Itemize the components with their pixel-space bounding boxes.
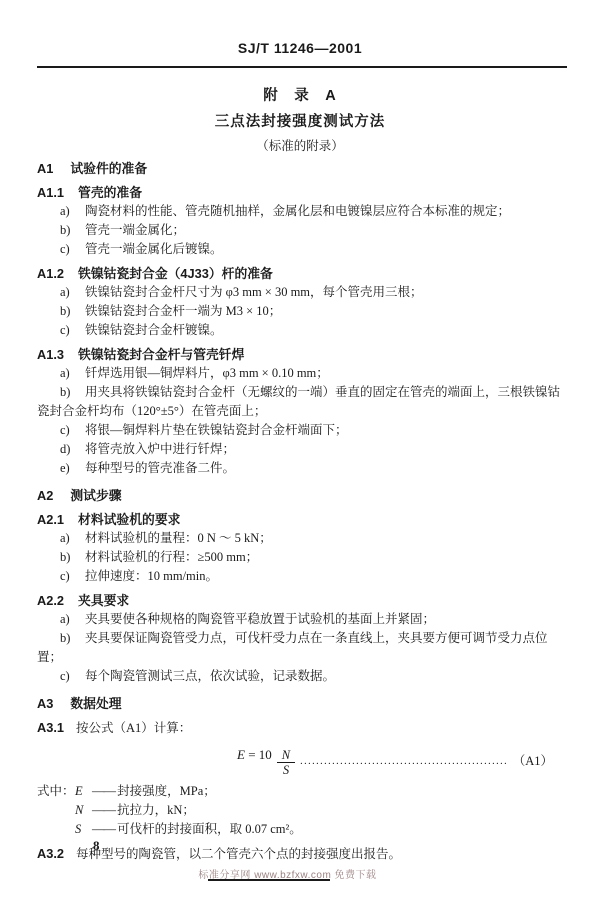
list-item: a)钎焊选用银—铜焊料片，φ3 mm × 0.10 mm； [37, 364, 569, 383]
section-number: A1.2 [37, 266, 64, 281]
list-item: b)夹具要保证陶瓷管受力点，可伐杆受力点在一条直线上，夹具要方便可调节受力点位置… [37, 629, 569, 667]
section-number: A1.3 [37, 347, 64, 362]
page-header: SJ/T 11246—2001 [0, 40, 600, 56]
fraction: NS [277, 748, 295, 777]
list-item: c)管壳一端金属化后镀镍。 [37, 240, 569, 259]
section-heading: A1.2铁镍钴瓷封合金（4J33）杆的准备 [37, 264, 569, 283]
item-text: 材料试验机的行程：≥500 mm； [85, 550, 258, 564]
section-number: A2.1 [37, 512, 64, 527]
dash: —— [92, 822, 117, 836]
list-item: a)材料试验机的量程：0 N ～ 5 kN； [37, 529, 569, 548]
symbol-description: 可伐杆的封接面积，取 0.07 cm²。 [117, 822, 302, 836]
item-text: 夹具要保证陶瓷管受力点，可伐杆受力点在一条直线上，夹具要方便可调节受力点位置； [37, 631, 548, 664]
list-item: c)每个陶瓷管测试三点，依次试验，记录数据。 [37, 667, 569, 686]
where-intro: 式中： [37, 782, 75, 801]
where-line: N—— 抗拉力，kN； [37, 801, 569, 820]
clause-text: 按公式（A1）计算： [76, 721, 191, 735]
symbol: E [75, 782, 92, 801]
section-heading: A2.1材料试验机的要求 [37, 510, 569, 529]
page-number: 8 [93, 838, 100, 854]
section-number: A3 [37, 696, 53, 711]
item-text: 铁镍钴瓷封合金杆一端为 M3 × 10； [85, 304, 281, 318]
item-label: c) [60, 667, 85, 686]
formula: E = 10NS................................… [37, 745, 569, 777]
dash: —— [92, 784, 117, 798]
item-label: a) [60, 364, 85, 383]
list-item: b)管壳一端金属化； [37, 221, 569, 240]
item-label: a) [60, 529, 85, 548]
formula-expression: E = 10NS [237, 745, 295, 777]
item-text: 陶瓷材料的性能、管壳随机抽样，金属化层和电镀镍层应符合本标准的规定； [85, 204, 510, 218]
item-text: 铁镍钴瓷封合金杆尺寸为 φ3 mm × 30 mm，每个管壳用三根； [85, 285, 423, 299]
item-text: 钎焊选用银—铜焊料片，φ3 mm × 0.10 mm； [85, 366, 329, 380]
formula-tag: （A1） [513, 752, 553, 771]
section-heading: A3数据处理 [37, 694, 569, 713]
item-label: d) [60, 440, 85, 459]
list-item: a)夹具要使各种规格的陶瓷管平稳放置于试验机的基面上并紧固； [37, 610, 569, 629]
item-label: a) [60, 610, 85, 629]
symbol-description: 封接强度，MPa； [117, 784, 216, 798]
document-page: SJ/T 11246—2001 附 录 A 三点法封接强度测试方法 （标准的附录… [0, 0, 600, 912]
item-label: b) [60, 221, 85, 240]
section-title: 铁镍钴瓷封合金杆与管壳钎焊 [78, 347, 244, 362]
item-text: 材料试验机的量程：0 N ～ 5 kN； [85, 531, 272, 545]
item-text: 将管壳放入炉中进行钎焊； [85, 442, 235, 456]
item-text: 管壳一端金属化后镀镍。 [85, 242, 223, 256]
section-title: 材料试验机的要求 [78, 512, 180, 527]
list-item: c)拉伸速度：10 mm/min。 [37, 567, 569, 586]
section-heading: A1.3铁镍钴瓷封合金杆与管壳钎焊 [37, 345, 569, 364]
item-text: 铁镍钴瓷封合金杆镀镍。 [85, 323, 223, 337]
section-heading: A2.2夹具要求 [37, 591, 569, 610]
watermark-footer: 标准分享网 www.bzfxw.com 免费下载 [0, 866, 575, 881]
section-title: 测试步骤 [70, 488, 121, 503]
item-label: b) [60, 383, 85, 402]
formula-variable: E [237, 747, 245, 762]
document-title: 三点法封接强度测试方法 [0, 110, 600, 131]
item-label: b) [60, 629, 85, 648]
dotted-leader: ........................................… [300, 752, 508, 771]
equals-sign: = 10 [245, 747, 272, 762]
section-title: 试验件的准备 [70, 161, 147, 176]
list-item: c)将银—铜焊料片垫在铁镍钴瓷封合金杆端面下； [37, 421, 569, 440]
section-heading: A2测试步骤 [37, 486, 569, 505]
item-text: 将银—铜焊料片垫在铁镍钴瓷封合金杆端面下； [85, 423, 348, 437]
item-text: 每种型号的管壳准备二件。 [85, 461, 235, 475]
list-item: d)将管壳放入炉中进行钎焊； [37, 440, 569, 459]
item-label: b) [60, 548, 85, 567]
section-number: A2.2 [37, 593, 64, 608]
section-title: 夹具要求 [78, 593, 129, 608]
where-line: S—— 可伐杆的封接面积，取 0.07 cm²。 [37, 820, 569, 839]
item-text: 每个陶瓷管测试三点，依次试验，记录数据。 [85, 669, 335, 683]
item-label: e) [60, 459, 85, 478]
section-title: 数据处理 [70, 696, 121, 711]
item-label: b) [60, 302, 85, 321]
section-title: 铁镍钴瓷封合金（4J33）杆的准备 [78, 266, 273, 281]
appendix-title: 附 录 A [0, 84, 600, 105]
list-item: b)用夹具将铁镍钴瓷封合金杆（无螺纹的一端）垂直的固定在管壳的端面上，三根铁镍钴… [37, 383, 569, 421]
item-text: 夹具要使各种规格的陶瓷管平稳放置于试验机的基面上并紧固； [85, 612, 435, 626]
item-text: 拉伸速度：10 mm/min。 [85, 569, 218, 583]
section-title: 管壳的准备 [78, 185, 142, 200]
item-text: 管壳一端金属化； [85, 223, 185, 237]
dash: —— [92, 803, 117, 817]
fraction-numerator: N [277, 748, 295, 763]
list-item: b)材料试验机的行程：≥500 mm； [37, 548, 569, 567]
item-text: 用夹具将铁镍钴瓷封合金杆（无螺纹的一端）垂直的固定在管壳的端面上，三根铁镍钴瓷封… [37, 385, 560, 418]
section-heading: A1试验件的准备 [37, 159, 569, 178]
section-number: A2 [37, 488, 53, 503]
item-label: c) [60, 321, 85, 340]
item-label: a) [60, 283, 85, 302]
list-item: a)铁镍钴瓷封合金杆尺寸为 φ3 mm × 30 mm，每个管壳用三根； [37, 283, 569, 302]
section-number: A1.1 [37, 185, 64, 200]
symbol: N [75, 801, 92, 820]
list-item: b)铁镍钴瓷封合金杆一端为 M3 × 10； [37, 302, 569, 321]
title-block: 附 录 A 三点法封接强度测试方法 （标准的附录） [0, 84, 600, 154]
item-label: c) [60, 240, 85, 259]
clause-line: A3.1按公式（A1）计算： [37, 718, 569, 738]
item-label: a) [60, 202, 85, 221]
list-item: c)铁镍钴瓷封合金杆镀镍。 [37, 321, 569, 340]
clause-number: A3.1 [37, 720, 64, 735]
list-item: a)陶瓷材料的性能、管壳随机抽样，金属化层和电镀镍层应符合本标准的规定； [37, 202, 569, 221]
clause-line: A3.2每种型号的陶瓷管，以二个管壳六个点的封接强度出报告。 [37, 844, 569, 864]
item-label: c) [60, 567, 85, 586]
symbol: S [75, 820, 92, 839]
fraction-denominator: S [278, 763, 294, 777]
section-number: A1 [37, 161, 53, 176]
list-item: e)每种型号的管壳准备二件。 [37, 459, 569, 478]
clause-number: A3.2 [37, 846, 64, 861]
item-label: c) [60, 421, 85, 440]
section-heading: A1.1管壳的准备 [37, 183, 569, 202]
symbol-description: 抗拉力，kN； [117, 803, 195, 817]
clause-text: 每种型号的陶瓷管，以二个管壳六个点的封接强度出报告。 [76, 847, 401, 861]
header-rule [37, 66, 567, 68]
where-line: 式中：E—— 封接强度，MPa； [37, 782, 569, 801]
standard-number: SJ/T 11246—2001 [238, 40, 362, 56]
document-body: A1试验件的准备A1.1管壳的准备a)陶瓷材料的性能、管壳随机抽样，金属化层和电… [37, 151, 569, 881]
